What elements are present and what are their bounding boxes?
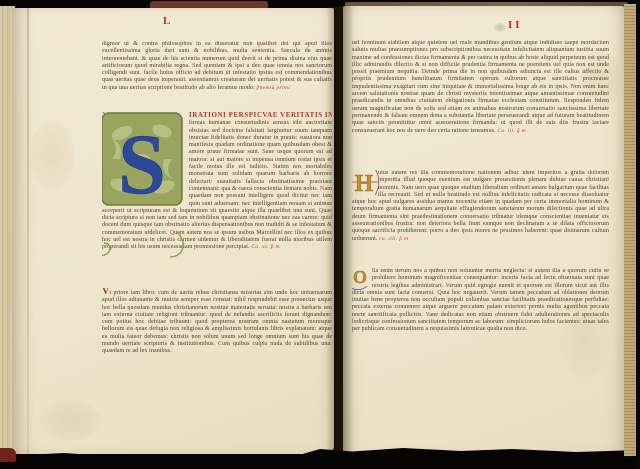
right-paragraph-2-text: uius autem res illa commemoratione natio…	[352, 170, 609, 242]
initial-letter-glyph: S	[118, 116, 166, 212]
ink-showthrough-mark	[494, 23, 506, 32]
left-paragraph-2: S IRATIONI PERSPICVAE VERITATIS IN firma…	[102, 112, 332, 280]
illuminated-initial-s: S	[102, 113, 182, 205]
right-paragraph-1: uel hominum stabilem atque quietem uel m…	[352, 40, 609, 167]
binding-corner	[0, 448, 16, 462]
folio-number-right: II	[508, 19, 523, 31]
left-paragraph-1: dignior ut & contra philosophos in ea di…	[102, 41, 332, 103]
initial-h-glyph: H	[355, 171, 374, 197]
photo-background-right	[636, 0, 640, 469]
left-page-fold-crease	[27, 8, 29, 454]
folio-number-left: L	[163, 15, 170, 27]
book-photo: L II dignior ut & contra philosophos in …	[0, 0, 640, 469]
right-paragraph-3: O lla enim uerum nos a quibus non soluun…	[352, 268, 609, 361]
gold-initial-o: O	[352, 268, 369, 283]
gold-initial-h: H	[352, 170, 375, 192]
right-paragraph-3-text: lla enim uerum nos a quibus non soluuntu…	[352, 268, 609, 332]
left-paragraph-3: Vt priore iam libro: cum de uariis rebus…	[102, 288, 332, 376]
marginalia-mark: ·,·	[312, 242, 316, 247]
right-paragraph-2: H uius autem res illa commemoratione nat…	[352, 170, 609, 265]
initial-o-glyph: O	[353, 268, 367, 287]
fore-edge-leaves	[624, 4, 636, 456]
